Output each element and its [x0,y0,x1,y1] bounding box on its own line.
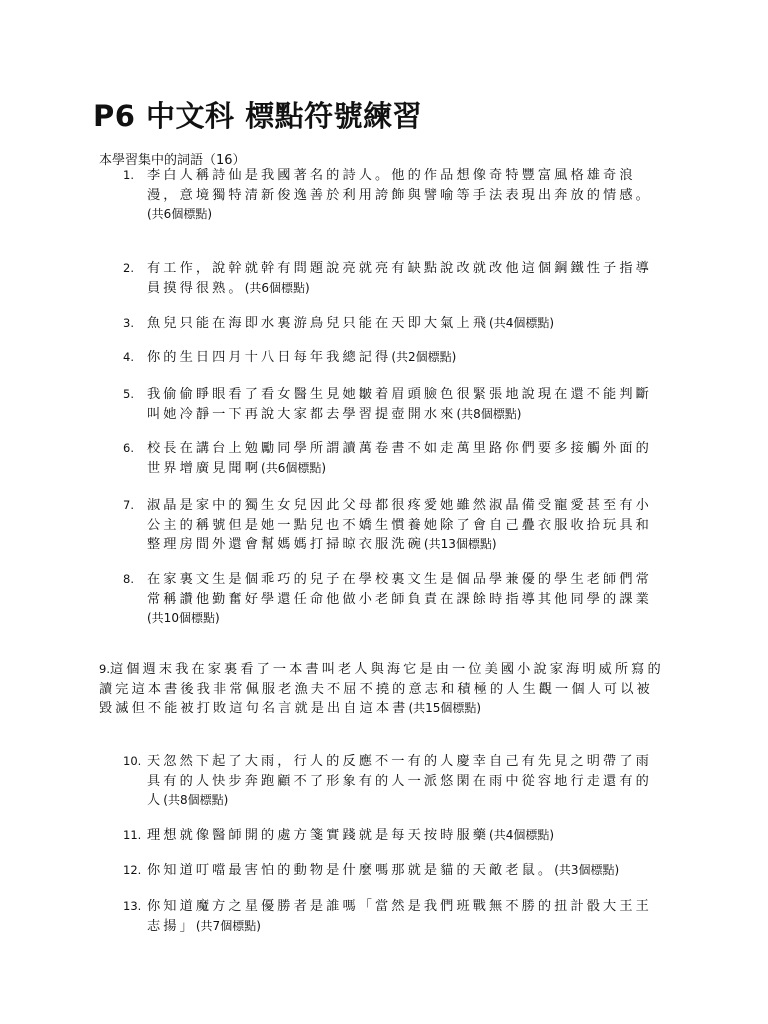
item-note: (共10個標點) [147,611,220,625]
item-text: 我偷偷睜眼看了看女醫生見她皺着眉頭臉色很緊張地說現在還不能判斷叫她冷靜一下再說大… [147,387,652,422]
exercise-item-1: 1. 李白人稱詩仙是我國著名的詩人。他的作品想像奇特豐富風格雄奇浪漫，意境獨特清… [123,166,663,225]
exercise-item-2: 2. 有工作，說幹就幹有問題說亮就亮有缺點說改就改他這個鋼鐵性子指導員摸得很熟。… [123,259,663,298]
item-number: 2. [123,259,134,279]
item-note: (共6個標點) [261,461,326,475]
item-note: (共6個標點) [147,207,212,221]
item-text: 淑晶是家中的獨生女兒因此父母都很疼愛她雖然淑晶備受寵愛甚至有小公主的稱號但是她一… [147,498,652,552]
item-note: (共2個標點) [391,350,456,364]
item-number: 3. [123,314,134,334]
item-number: 4. [123,348,134,368]
item-text: 有工作，說幹就幹有問題說亮就亮有缺點說改就改他這個鋼鐵性子指導員摸得很熟。 [147,261,652,296]
item-number: 13. [123,897,141,917]
item-number: 7. [123,496,134,516]
exercise-item-8: 8. 在家裏文生是個乖巧的兒子在學校裏文生是個品學兼優的學生老師們常常稱讚他勤奮… [123,570,663,629]
exercise-item-3: 3. 魚兒只能在海即水裏游鳥兒只能在天即大氣上飛(共4個標點) [123,314,663,334]
item-text: 你的生日四月十八日每年我總記得 [147,350,391,365]
item-number: 11. [123,826,141,846]
item-text: 李白人稱詩仙是我國著名的詩人。他的作品想像奇特豐富風格雄奇浪漫，意境獨特清新俊逸… [147,168,652,203]
item-text: 這個週末我在家裏看了一本書叫老人與海它是由一位美國小說家海明威所寫的讀完這本書後… [99,662,664,716]
item-note: (共7個標點) [196,919,261,933]
exercise-item-7: 7. 淑晶是家中的獨生女兒因此父母都很疼愛她雖然淑晶備受寵愛甚至有小公主的稱號但… [123,496,663,555]
item-number: 5. [123,385,134,405]
exercise-item-10: 10. 天忽然下起了大雨，行人的反應不一有的人慶幸自己有先見之明帶了雨具有的人快… [123,752,668,811]
item-text: 校長在講台上勉勵同學所謂讀萬卷書不如走萬里路你們要多接觸外面的世界增廣見聞啊 [147,441,652,476]
item-note: (共8個標點) [456,407,521,421]
item-note: (共15個標點) [408,701,481,715]
item-text: 魚兒只能在海即水裏游鳥兒只能在天即大氣上飛 [147,316,489,331]
exercise-item-13: 13. 你知道魔方之星優勝者是誰嗎「當然是我們班戰無不勝的扭計骰大王王志揚」(共… [123,897,668,936]
item-number: 6. [123,439,134,459]
item-number: 9. [99,662,110,676]
item-note: (共6個標點) [245,281,310,295]
item-number: 8. [123,570,134,590]
item-text: 你知道叮噹最害怕的動物是什麼嗎那就是貓的天敵老鼠。 [147,863,554,878]
item-note: (共8個標點) [163,793,228,807]
item-text: 理想就像醫師開的處方箋實踐就是每天按時服藥 [147,828,489,843]
item-note: (共13個標點) [424,537,497,551]
exercise-item-4: 4. 你的生日四月十八日每年我總記得(共2個標點) [123,348,663,368]
item-number: 10. [123,752,141,772]
exercise-item-9: 9.這個週末我在家裏看了一本書叫老人與海它是由一位美國小說家海明威所寫的讀完這本… [99,660,669,719]
item-text: 在家裏文生是個乖巧的兒子在學校裏文生是個品學兼優的學生老師們常常稱讚他勤奮好學還… [147,572,652,607]
item-number: 1. [123,166,134,186]
item-note: (共4個標點) [489,828,554,842]
page-title: P6 中文科 標點符號練習 [93,94,422,135]
exercise-item-5: 5. 我偷偷睜眼看了看女醫生見她皺着眉頭臉色很緊張地說現在還不能判斷叫她冷靜一下… [123,385,663,424]
item-number: 12. [123,861,141,881]
item-note: (共3個標點) [554,863,619,877]
exercise-item-11: 11. 理想就像醫師開的處方箋實踐就是每天按時服藥(共4個標點) [123,826,668,846]
item-note: (共4個標點) [489,316,554,330]
exercise-item-6: 6. 校長在講台上勉勵同學所謂讀萬卷書不如走萬里路你們要多接觸外面的世界增廣見聞… [123,439,663,478]
exercise-item-12: 12. 你知道叮噹最害怕的動物是什麼嗎那就是貓的天敵老鼠。(共3個標點) [123,861,668,881]
